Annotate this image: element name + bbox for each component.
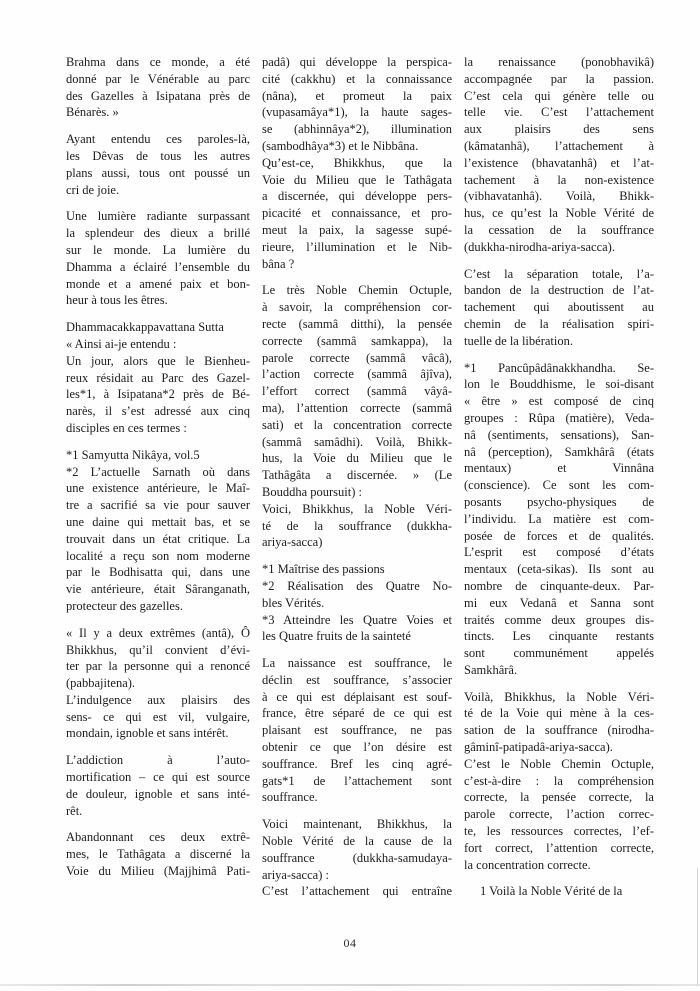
text-line: nâ (perception), Samkhârâ (états xyxy=(464,444,654,461)
text-line: hus, ce qu’est la Noble Vérité de xyxy=(464,205,654,222)
paragraph: Qu’est-ce, Bhikkhus, que laVoie du Milie… xyxy=(262,155,452,273)
paragraph: C’est la séparation totale, l’a-bandon d… xyxy=(464,266,654,350)
text-line: té de la Voie qui mène à la ces- xyxy=(464,705,654,722)
text-line: sati) et la concentration correcte xyxy=(262,417,452,434)
text-line: sont communément appelés xyxy=(464,645,654,662)
text-line: (dukkha-nirodha-ariya-sacca). xyxy=(464,239,654,256)
text-line: « être » est composé de cinq xyxy=(464,393,654,410)
text-line: chemin de la réalisation spiri- xyxy=(464,316,654,333)
text-line: la renaissance (ponobhavikâ) xyxy=(464,54,654,71)
paragraph: Voici maintenant, Bhikkhus, laNoble Véri… xyxy=(262,816,452,883)
paragraph: C’est le Noble Chemin Octuple,c’est-à-di… xyxy=(464,756,654,874)
text-line: tachement à la non-existence xyxy=(464,172,654,189)
text-line: se (abhinnâya*2), illumination xyxy=(262,121,452,138)
text-line: narès, il s’est adressé aux cinq xyxy=(66,403,250,420)
text-line: fort correct, l’attention correcte, xyxy=(464,840,654,857)
text-line: mortification – ce qui est source xyxy=(66,769,250,786)
text-line: recte (sammâ ditthi), la pensée xyxy=(262,316,452,333)
text-line: bandon de la destruction de l’at- xyxy=(464,282,654,299)
text-line: meut la paix, la sagesse supé- xyxy=(262,222,452,239)
text-line: l’action correcte (sammâ âjîva), xyxy=(262,366,452,383)
text-line: Abandonnant ces deux extrê- xyxy=(66,829,250,846)
text-line: traités comme deux groupes dis- xyxy=(464,612,654,629)
text-line: disciples en ces termes : xyxy=(66,420,250,437)
paragraph: « Il y a deux extrêmes (antâ), ÔBhikkhus… xyxy=(66,625,250,692)
text-line: Bouddha poursuit) : xyxy=(262,484,452,501)
text-line: sation de la souffrance (nirodha- xyxy=(464,722,654,739)
page-number: 04 xyxy=(0,936,700,951)
paragraph: L’indulgence aux plaisirs dessens- ce qu… xyxy=(66,692,250,742)
text-line: à savoir, la compréhension cor- xyxy=(262,299,452,316)
paragraph: padâ) qui développe la perspica-cité (ca… xyxy=(262,54,452,155)
text-line: padâ) qui développe la perspica- xyxy=(262,54,452,71)
text-line: *1 Pancûpâdânakkhandha. Se- xyxy=(464,360,654,377)
text-line: rêt. xyxy=(66,803,250,820)
paragraph: Dhammacakkappavattana Sutta« Ainsi ai-je… xyxy=(66,319,250,437)
paragraph: Brahma dans ce monde, a étédonné par le … xyxy=(66,54,250,121)
text-line: Qu’est-ce, Bhikkhus, que la xyxy=(262,155,452,172)
text-line: tre a sacrifié sa vie pour sauver xyxy=(66,497,250,514)
paragraph: La naissance est souffrance, ledéclin es… xyxy=(262,655,452,806)
text-line: l’existence (bhavatanhâ) et l’at- xyxy=(464,155,654,172)
text-line: telle vie. C’est l’attachement xyxy=(464,104,654,121)
text-line: localité a reçu son nom moderne xyxy=(66,548,250,565)
text-line: par le Bodhisatta qui, dans une xyxy=(66,564,250,581)
text-line: cri de joie. xyxy=(66,182,250,199)
text-line: lon le Bouddhisme, le soi-disant xyxy=(464,376,654,393)
text-line: L’esprit est composé d’états xyxy=(464,544,654,561)
text-line: (vupasamâya*1), la haute sages- xyxy=(262,104,452,121)
text-line: monde et a amené paix et bon- xyxy=(66,276,250,293)
text-line: à ce qui est déplaisant est souf- xyxy=(262,689,452,706)
text-line: cité (cakkhu) et la connaissance xyxy=(262,71,452,88)
text-line: nâ (sentiments, sensations), San- xyxy=(464,427,654,444)
paragraph: la renaissance (ponobhavikâ)accompagnée … xyxy=(464,54,654,256)
text-line: groupes : Rûpa (matière), Veda- xyxy=(464,410,654,427)
text-line: tachement qui aboutissent au xyxy=(464,299,654,316)
scan-edge-bottom xyxy=(0,984,700,986)
text-line: te, les ressources correctes, l’ef- xyxy=(464,823,654,840)
text-line: de douleur, ignoble et sans inté- xyxy=(66,786,250,803)
text-line: Samkhârâ. xyxy=(464,662,654,679)
text-line: (sambodhâya*3) et le Nibbâna. xyxy=(262,138,452,155)
text-line: Voie du Milieu (Majjhimâ Pati- xyxy=(66,863,250,880)
text-line: Une lumière radiante surpassant xyxy=(66,208,250,225)
text-line: reux résidait au Parc des Gazel- xyxy=(66,370,250,387)
scan-edge-right xyxy=(697,868,698,986)
text-line: ariya-sacca) : xyxy=(262,867,452,884)
text-line: Bénarès. » xyxy=(66,104,250,121)
paragraph: *1 Pancûpâdânakkhandha. Se-lon le Bouddh… xyxy=(464,360,654,679)
text-line: rieure, l’illumination et le Nib- xyxy=(262,239,452,256)
text-line: une existence antérieure, le Maî- xyxy=(66,480,250,497)
text-line: l’individu. La matière est com- xyxy=(464,511,654,528)
text-line: mondain, ignoble et sans intérêt. xyxy=(66,725,250,742)
text-line: picacité et connaissance, et pro- xyxy=(262,205,452,222)
text-line: C’est la séparation totale, l’a- xyxy=(464,266,654,283)
text-line: « Il y a deux extrêmes (antâ), Ô xyxy=(66,625,250,642)
paragraph: Voilà, Bhikkhus, la Noble Véri-té de la … xyxy=(464,689,654,756)
paragraph: *3 Atteindre les Quatre Voies etles Quat… xyxy=(262,612,452,646)
text-line: gats*1 de l’attachement sont xyxy=(262,773,452,790)
text-line: donné par le Vénérable au parc xyxy=(66,71,250,88)
text-line: des Gazelles à Isipatana près de xyxy=(66,88,250,105)
text-line: gâminî-patipadâ-ariya-sacca). xyxy=(464,739,654,756)
text-line: parole correcte (sammâ vâcâ), xyxy=(262,350,452,367)
text-line: l’effort correct (sammâ vâyâ- xyxy=(262,383,452,400)
paragraph: *1 Maîtrise des passions xyxy=(262,561,452,578)
text-column-right: la renaissance (ponobhavikâ)accompagnée … xyxy=(464,54,654,900)
paragraph: *2 L’actuelle Sarnath où dansune existen… xyxy=(66,464,250,615)
text-line: c’est-à-dire : la compréhension xyxy=(464,773,654,790)
text-line: mentaux) et Vinnâna xyxy=(464,460,654,477)
text-line: Brahma dans ce monde, a été xyxy=(66,54,250,71)
text-line: C’est cela qui génère telle ou xyxy=(464,88,654,105)
text-column-left: Brahma dans ce monde, a étédonné par le … xyxy=(66,54,250,900)
paragraph: 1 Voilà la Noble Vérité de la xyxy=(464,883,654,900)
text-line: Le très Noble Chemin Octuple, xyxy=(262,282,452,299)
text-line: L’addiction à l’auto- xyxy=(66,752,250,769)
text-line: trouvait dans un état critique. La xyxy=(66,531,250,548)
text-line: (sammâ samâdhi). Voilà, Bhikk- xyxy=(262,434,452,451)
text-line: la concentration correcte. xyxy=(464,857,654,874)
text-line: ter par la personne qui a renoncé xyxy=(66,658,250,675)
text-line: parole correcte, l’action correc- xyxy=(464,806,654,823)
text-line: Voie du Milieu que le Tathâgata xyxy=(262,172,452,189)
text-line: (kâmatanhâ), l’attachement à xyxy=(464,138,654,155)
paragraph: L’addiction à l’auto-mortification – ce … xyxy=(66,752,250,819)
text-line: correcte, la pensée correcte, la xyxy=(464,789,654,806)
text-line: plaisant est souffrance, ne pas xyxy=(262,722,452,739)
text-line: 1 Voilà la Noble Vérité de la xyxy=(464,883,654,900)
text-line: les*1, à Isipatana*2 près de Bé- xyxy=(66,386,250,403)
text-line: bles Vérités. xyxy=(262,595,452,612)
text-line: (conscience). Ce sont les com- xyxy=(464,477,654,494)
text-line: sens- ce qui est vil, vulgaire, xyxy=(66,709,250,726)
text-line: (pabbajitena). xyxy=(66,675,250,692)
text-line: protecteur des gazelles. xyxy=(66,598,250,615)
text-line: les Dêvas de tous les autres xyxy=(66,148,250,165)
text-line: Noble Vérité de la cause de la xyxy=(262,833,452,850)
text-line: *2 Réalisation des Quatre No- xyxy=(262,578,452,595)
text-line: souffrance. xyxy=(262,789,452,806)
text-line: plans aussi, tous ont poussé un xyxy=(66,165,250,182)
text-line: *1 Samyutta Nikâya, vol.5 xyxy=(66,447,250,464)
text-line: « Ainsi ai-je entendu : xyxy=(66,336,250,353)
text-line: accompagnée par la passion. xyxy=(464,71,654,88)
text-line: hus, la Voie du Milieu que le xyxy=(262,450,452,467)
text-line: france, être séparé de ce qui est xyxy=(262,705,452,722)
text-line: *3 Atteindre les Quatre Voies et xyxy=(262,612,452,629)
text-line: Voilà, Bhikkhus, la Noble Véri- xyxy=(464,689,654,706)
text-line: *2 L’actuelle Sarnath où dans xyxy=(66,464,250,481)
text-line: posants psycho-physiques de xyxy=(464,494,654,511)
text-line: sur le monde. La lumière du xyxy=(66,242,250,259)
text-line: une daine qui mettait bas, et se xyxy=(66,514,250,531)
text-column-middle: padâ) qui développe la perspica-cité (ca… xyxy=(262,54,452,900)
paragraph: Une lumière radiante surpassantla splend… xyxy=(66,208,250,309)
text-line: obtenir ce que l’on désire est xyxy=(262,739,452,756)
text-line: (nâna), et promeut la paix xyxy=(262,88,452,105)
text-line: tuelle de la libération. xyxy=(464,333,654,350)
text-line: les Quatre fruits de la sainteté xyxy=(262,628,452,645)
text-line: déclin est souffrance, s’associer xyxy=(262,672,452,689)
paragraph: Voici, Bhikkhus, la Noble Véri-té de la … xyxy=(262,501,452,551)
text-line: mentaux (ceta-sikas). Ils sont au xyxy=(464,561,654,578)
text-line: ariya-sacca) xyxy=(262,534,452,551)
text-line: nombre de cinquante-deux. Par- xyxy=(464,578,654,595)
text-line: bâna ? xyxy=(262,256,452,273)
paragraph: Ayant entendu ces paroles-là,les Dêvas d… xyxy=(66,131,250,198)
text-line: Voici maintenant, Bhikkhus, la xyxy=(262,816,452,833)
text-line: correcte (sammâ samkappa), la xyxy=(262,333,452,350)
text-line: Dhamma a éclairé l’ensemble du xyxy=(66,259,250,276)
text-line: souffrance (dukkha-samudaya- xyxy=(262,850,452,867)
paragraph: Abandonnant ces deux extrê-mes, le Tathâ… xyxy=(66,829,250,879)
text-line: mes, le Tathâgata a discerné la xyxy=(66,846,250,863)
text-line: a discernée, qui développe pers- xyxy=(262,188,452,205)
paragraph: *2 Réalisation des Quatre No-bles Vérité… xyxy=(262,578,452,612)
text-line: souffrance. Bref les cinq agré- xyxy=(262,756,452,773)
text-line: vie antérieure, était Sâranganath, xyxy=(66,581,250,598)
text-line: C’est l’attachement qui entraîne xyxy=(262,883,452,900)
text-line: C’est le Noble Chemin Octuple, xyxy=(464,756,654,773)
scanned-page: Brahma dans ce monde, a étédonné par le … xyxy=(0,0,700,991)
text-line: mi eux Vedanâ et Sanna sont xyxy=(464,595,654,612)
text-line: Voici, Bhikkhus, la Noble Véri- xyxy=(262,501,452,518)
text-line: aux plaisirs des sens xyxy=(464,121,654,138)
text-line: Un jour, alors que le Bienheu- xyxy=(66,353,250,370)
text-line: heur à tous les êtres. xyxy=(66,292,250,309)
text-line: la splendeur des dieux a brillé xyxy=(66,225,250,242)
text-line: (vibhavatanhâ). Voilà, Bhikk- xyxy=(464,188,654,205)
paragraph: *1 Samyutta Nikâya, vol.5 xyxy=(66,447,250,464)
text-line: La naissance est souffrance, le xyxy=(262,655,452,672)
text-line: té de la souffrance (dukkha- xyxy=(262,518,452,535)
text-line: tincts. Les cinquante restants xyxy=(464,628,654,645)
text-line: *1 Maîtrise des passions xyxy=(262,561,452,578)
text-line: posée de forces et de qualités. xyxy=(464,528,654,545)
text-line: Ayant entendu ces paroles-là, xyxy=(66,131,250,148)
text-line: L’indulgence aux plaisirs des xyxy=(66,692,250,709)
text-line: Bhikkhus, qu’il convient d’évi- xyxy=(66,642,250,659)
text-line: Dhammacakkappavattana Sutta xyxy=(66,319,250,336)
paragraph: C’est l’attachement qui entraîne xyxy=(262,883,452,900)
page-text-area: Brahma dans ce monde, a étédonné par le … xyxy=(66,54,654,900)
text-line: ma), l’attention correcte (sammâ xyxy=(262,400,452,417)
text-line: Tathâgâta a discernée. » (Le xyxy=(262,467,452,484)
paragraph: Le très Noble Chemin Octuple,à savoir, l… xyxy=(262,282,452,500)
text-line: la cessation de la souffrance xyxy=(464,222,654,239)
